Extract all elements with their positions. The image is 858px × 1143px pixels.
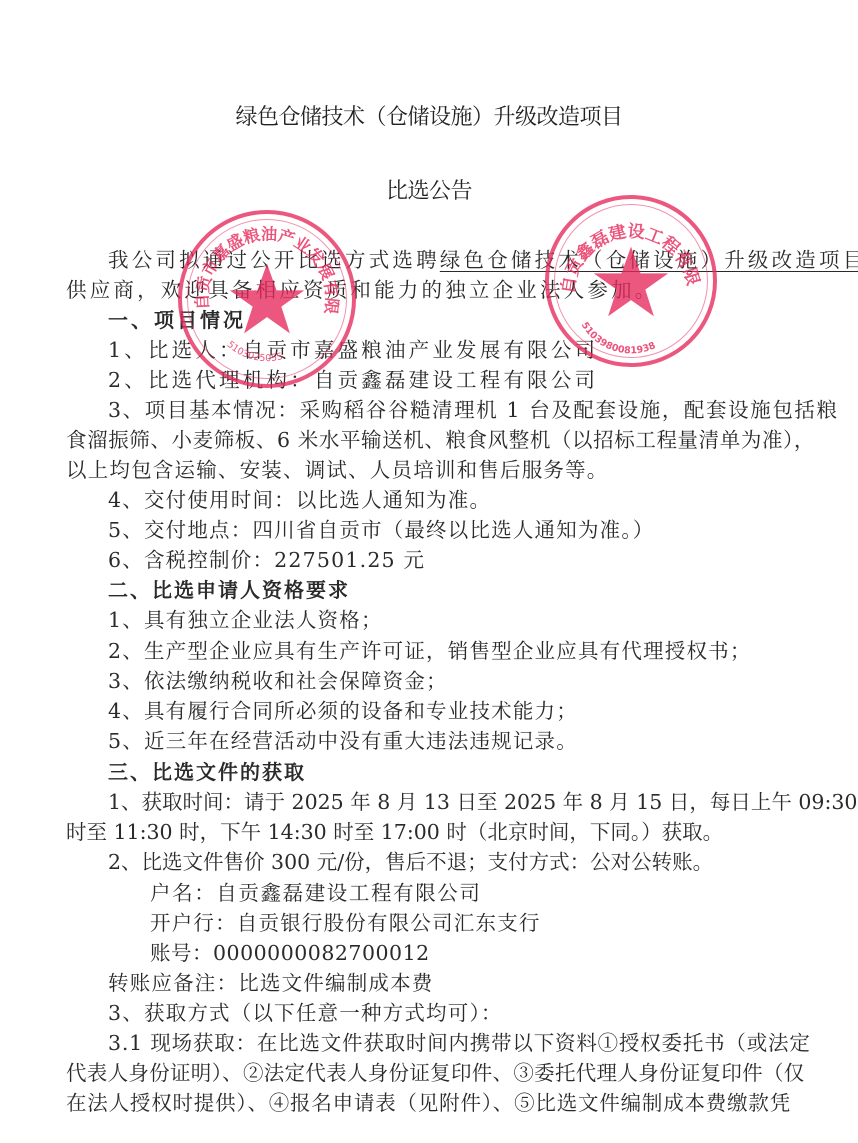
section3-item: 2、比选文件售价 300 元/份，售后不退；支付方式：公对公转账。 xyxy=(108,849,713,875)
section1-heading: 一、项目情况 xyxy=(108,307,246,333)
account-name: 户名：自贡鑫磊建设工程有限公司 xyxy=(150,880,482,906)
section3-heading: 三、比选文件的获取 xyxy=(108,759,306,785)
section1-item: 以上均包含运输、安装、调试、人员培训和售后服务等。 xyxy=(66,457,609,483)
section1-item: 1、比选人：自贡市嘉盛粮油产业发展有限公司 xyxy=(108,337,598,363)
section3-item: 3、获取方式（以下任意一种方式均可）： xyxy=(108,1000,503,1026)
section1-item: 5、交付地点：四川省自贡市（最终以比选人通知为准。） xyxy=(108,517,655,543)
account-number: 账号：0000000082700012 xyxy=(150,940,430,966)
intro-line-1: 我公司拟通过公开比选方式选聘绿色仓储技术（仓储设施）升级改造项目 xyxy=(108,247,858,273)
section2-item: 5、近三年在经营活动中没有重大违法违规记录。 xyxy=(108,728,578,754)
section1-item: 6、含税控制价：227501.25 元 xyxy=(108,547,425,573)
intro-line-2: 供应商，欢迎具备相应资质和能力的独立企业法人参加。 xyxy=(66,277,659,303)
account-bank: 开户行：自贡银行股份有限公司汇东支行 xyxy=(150,910,541,936)
section3-item: 时至 11:30 时，下午 14:30 时至 17:00 时（北京时间，下同。）… xyxy=(66,819,723,845)
intro-prefix: 我公司拟通过公开比选方式选聘 xyxy=(108,248,440,272)
section1-item: 2、比选代理机构：自贡鑫磊建设工程有限公司 xyxy=(108,367,598,393)
section3-item: 在法人授权时提供）、④报名申请表（见附件）、⑤比选文件编制成本费缴款凭 xyxy=(66,1090,791,1116)
section3-item: 1、获取时间：请于 2025 年 8 月 13 日至 2025 年 8 月 15… xyxy=(108,789,857,815)
section1-item: 4、交付使用时间：以比选人通知为准。 xyxy=(108,487,491,513)
section1-item: 3、项目基本情况：采购稻谷谷糙清理机 1 台及配套设施，配套设施包括粮 xyxy=(108,397,839,423)
transfer-remark: 转账应备注：比选文件编制成本费 xyxy=(108,970,434,996)
document-title: 绿色仓储技术（仓储设施）升级改造项目 xyxy=(0,100,858,131)
project-name-underlined: 绿色仓储技术（仓储设施）升级改造项目 xyxy=(440,248,858,272)
section3-item: 3.1 现场获取：在比选文件获取时间内携带以下资料①授权委托书（或法定 xyxy=(108,1030,811,1056)
section3-item: 代表人身份证明）、②法定代表人身份证复印件、③委托代理人身份证复印件（仅 xyxy=(66,1060,805,1086)
section2-heading: 二、比选申请人资格要求 xyxy=(108,577,350,603)
section2-item: 4、具有履行合同所必须的设备和专业技术能力； xyxy=(108,698,578,724)
section2-item: 2、生产型企业应具有生产许可证，销售型企业应具有代理授权书； xyxy=(108,638,752,664)
document-subtitle: 比选公告 xyxy=(0,174,858,205)
section2-item: 3、依法缴纳税收和社会保障资金； xyxy=(108,668,448,694)
section2-item: 1、具有独立企业法人资格； xyxy=(108,607,383,633)
section1-item: 食溜振筛、小麦筛板、6 米水平输送机、粮食风整机（以招标工程量清单为准）， xyxy=(66,427,815,453)
